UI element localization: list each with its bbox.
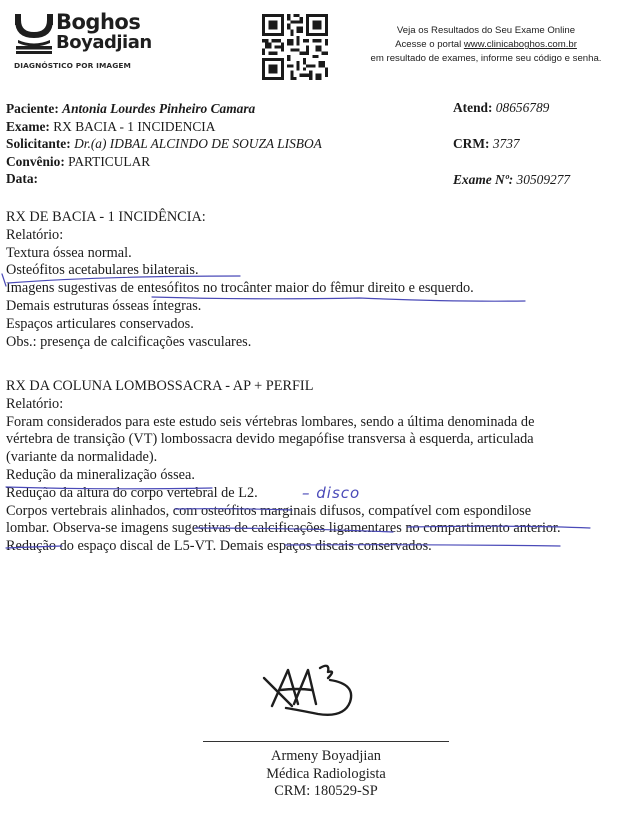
report-line: Redução do espaço discal de L5-VT. Demai… [6, 538, 561, 556]
crm-row: CRM: 3737 [453, 136, 520, 152]
exam-report-page: Boghos Boyadjian DIAGNÓSTICO POR IMAGEM … [0, 0, 628, 814]
report-section-pelvis: RX DE BACIA - 1 INCIDÊNCIA: Relatório: T… [6, 209, 474, 351]
report-line: Corpos vertebrais alinhados, com osteófi… [6, 503, 561, 521]
section-title: RX DA COLUNA LOMBOSSACRA - AP + PERFIL [6, 378, 561, 396]
signer-title: Médica Radiologista [203, 766, 449, 784]
requester-name: Dr.(a) IDBAL ALCINDO DE SOUZA LISBOA [74, 136, 322, 151]
signer-name: Armeny Boyadjian [203, 748, 449, 766]
requester-row: Solicitante: Dr.(a) IDBAL ALCINDO DE SOU… [6, 135, 322, 153]
report-line: Espaços articulares conservados. [6, 316, 474, 334]
section-subtitle: Relatório: [6, 227, 474, 245]
qr-code-icon[interactable] [262, 14, 328, 80]
report-line: Redução da altura do corpo vertebral de … [6, 485, 561, 503]
report-line: Demais estruturas ósseas íntegras. [6, 298, 474, 316]
atend-value: 08656789 [496, 100, 550, 115]
atend-row: Atend: 08656789 [453, 100, 549, 116]
crm-value: 3737 [493, 136, 520, 151]
exam-number-value: 30509277 [517, 172, 571, 187]
insurance-value: PARTICULAR [68, 154, 150, 169]
section-title: RX DE BACIA - 1 INCIDÊNCIA: [6, 209, 474, 227]
patient-row: Paciente: Antonia Lourdes Pinheiro Camar… [6, 100, 322, 118]
report-line: vértebra de transição (VT) lombossacra d… [6, 431, 561, 449]
exam-number-row: Exame Nº: 30509277 [453, 172, 570, 188]
report-line: Textura óssea normal. [6, 245, 474, 263]
online-results-notice: Veja os Resultados do Seu Exame Online A… [352, 24, 620, 66]
report-line: Imagens sugestivas de entesófitos no tro… [6, 280, 474, 298]
report-line: (variante da normalidade). [6, 449, 561, 467]
signature-line [203, 741, 449, 742]
patient-info: Paciente: Antonia Lourdes Pinheiro Camar… [6, 100, 322, 188]
clinic-logo-mark-icon [14, 14, 54, 54]
report-line: Obs.: presença de calcificações vascular… [6, 334, 474, 352]
handwritten-note: – disco [302, 484, 360, 502]
clinic-name: Boghos Boyadjian [56, 12, 152, 52]
report-section-lumbar-spine: RX DA COLUNA LOMBOSSACRA - AP + PERFIL R… [6, 378, 561, 556]
handwritten-signature-icon [258, 660, 378, 722]
report-line: Foram considerados para este estudo seis… [6, 414, 561, 432]
clinic-tagline: DIAGNÓSTICO POR IMAGEM [14, 61, 131, 70]
portal-link[interactable]: www.clinicaboghos.com.br [464, 39, 577, 50]
exam-row: Exame: RX BACIA - 1 INCIDENCIA [6, 118, 322, 136]
insurance-row: Convênio: PARTICULAR [6, 153, 322, 171]
signer-crm: CRM: 180529-SP [203, 783, 449, 801]
exam-name: RX BACIA - 1 INCIDENCIA [53, 119, 215, 134]
date-row: Data: [6, 170, 322, 188]
report-line: lombar. Observa-se imagens sugestivas de… [6, 520, 561, 538]
report-line: Redução da mineralização óssea. [6, 467, 561, 485]
signer-block: Armeny Boyadjian Médica Radiologista CRM… [203, 748, 449, 801]
report-line: Osteófitos acetabulares bilaterais. [6, 262, 474, 280]
section-subtitle: Relatório: [6, 396, 561, 414]
patient-name: Antonia Lourdes Pinheiro Camara [62, 101, 255, 116]
clinic-logo: Boghos Boyadjian DIAGNÓSTICO POR IMAGEM [14, 14, 154, 70]
